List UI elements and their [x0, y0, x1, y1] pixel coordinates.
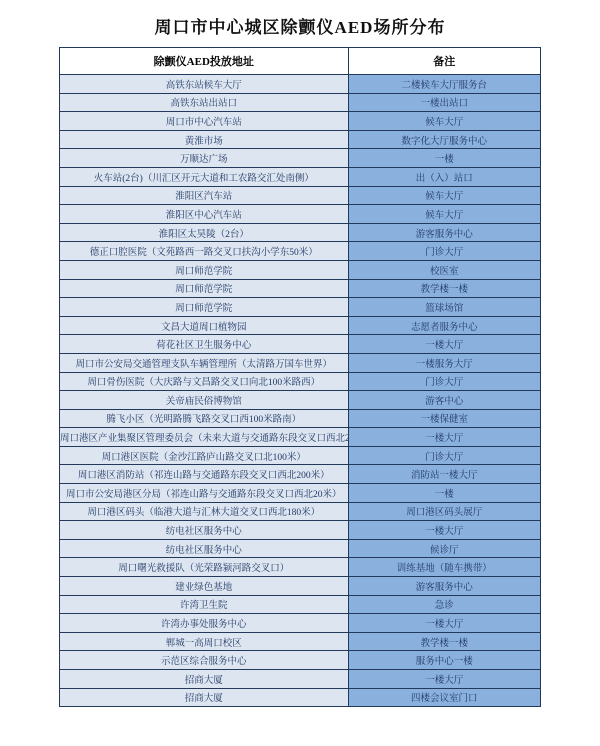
address-cell: 高铁东站候车大厅 — [60, 75, 349, 94]
table-row: 示范区综合服务中心服务中心一楼 — [60, 651, 541, 670]
address-cell: 淮阳区中心汽车站 — [60, 205, 349, 224]
table-row: 周口骨伤医院（大庆路与文昌路交叉口向北100米路西）门诊大厅 — [60, 372, 541, 391]
table-row: 文昌大道周口植物园志愿者服务中心 — [60, 316, 541, 335]
address-cell: 周口骨伤医院（大庆路与文昌路交叉口向北100米路西） — [60, 372, 349, 391]
address-cell: 招商大厦 — [60, 688, 349, 707]
column-header-address: 除颤仪AED投放地址 — [60, 48, 349, 75]
table-row: 淮阳区中心汽车站候车大厅 — [60, 205, 541, 224]
address-cell: 许湾卫生院 — [60, 595, 349, 614]
table-row: 火车站(2台)（川汇区开元大道和工农路交汇处南侧）出（入）站口 — [60, 167, 541, 186]
table-row: 黄淮市场数字化大厅服务中心 — [60, 130, 541, 149]
remark-cell: 服务中心一楼 — [348, 651, 540, 670]
remark-cell: 一楼大厅 — [348, 521, 540, 540]
remark-cell: 校医室 — [348, 260, 540, 279]
table-row: 德正口腔医院（文苑路西一路交叉口扶沟小学东50米）门诊大厅 — [60, 242, 541, 261]
remark-cell: 周口港区码头展厅 — [348, 502, 540, 521]
remark-cell: 教学楼一楼 — [348, 279, 540, 298]
remark-cell: 消防站一楼大厅 — [348, 465, 540, 484]
address-cell: 周口师范学院 — [60, 279, 349, 298]
address-cell: 周口港区产业集聚区管理委员会（未来大道与交通路东段交叉口西北200米） — [60, 428, 349, 447]
table-row: 招商大厦四楼会议室门口 — [60, 688, 541, 707]
table-row: 关帝庙民俗博物馆游客中心 — [60, 391, 541, 410]
address-cell: 火车站(2台)（川汇区开元大道和工农路交汇处南侧） — [60, 167, 349, 186]
remark-cell: 篮球场馆 — [348, 298, 540, 317]
remark-cell: 候诊厅 — [348, 539, 540, 558]
remark-cell: 游客服务中心 — [348, 577, 540, 596]
table-row: 周口市公安局港区分局（祁连山路与交通路东段交叉口西北20米）一楼 — [60, 484, 541, 503]
remark-cell: 候车大厅 — [348, 186, 540, 205]
address-cell: 周口港区消防站（祁连山路与交通路东段交叉口西北200米） — [60, 465, 349, 484]
table-row: 周口师范学院校医室 — [60, 260, 541, 279]
table-row: 周口市中心汽车站候车大厅 — [60, 112, 541, 131]
address-cell: 周口市公安局交通管理支队车辆管理所（太清路万国车世界） — [60, 353, 349, 372]
address-cell: 郸城一高周口校区 — [60, 632, 349, 651]
remark-cell: 一楼大厅 — [348, 670, 540, 689]
remark-cell: 出（入）站口 — [348, 167, 540, 186]
remark-cell: 训练基地（随车携带） — [348, 558, 540, 577]
address-cell: 万顺达广场 — [60, 149, 349, 168]
table-row: 许湾卫生院急诊 — [60, 595, 541, 614]
table-row: 周口师范学院教学楼一楼 — [60, 279, 541, 298]
remark-cell: 候车大厅 — [348, 205, 540, 224]
address-cell: 淮阳区太昊陵（2台） — [60, 223, 349, 242]
remark-cell: 游客服务中心 — [348, 223, 540, 242]
aed-locations-table: 除颤仪AED投放地址 备注 高铁东站候车大厅二楼候车大厅服务台高铁东站出站口一楼… — [59, 47, 541, 707]
table-row: 周口市公安局交通管理支队车辆管理所（太清路万国车世界）一楼服务大厅 — [60, 353, 541, 372]
table-row: 周口曙光救援队（光荣路颍河路交叉口）训练基地（随车携带） — [60, 558, 541, 577]
address-cell: 高铁东站出站口 — [60, 93, 349, 112]
page-title: 周口市中心城区除颤仪AED场所分布 — [0, 13, 600, 38]
remark-cell: 志愿者服务中心 — [348, 316, 540, 335]
remark-cell: 一楼大厅 — [348, 614, 540, 633]
address-cell: 周口港区码头（临港大道与汇林大道交叉口西北180米） — [60, 502, 349, 521]
remark-cell: 四楼会议室门口 — [348, 688, 540, 707]
remark-cell: 一楼 — [348, 484, 540, 503]
address-cell: 许湾办事处服务中心 — [60, 614, 349, 633]
remark-cell: 候车大厅 — [348, 112, 540, 131]
address-cell: 招商大厦 — [60, 670, 349, 689]
address-cell: 周口市中心汽车站 — [60, 112, 349, 131]
remark-cell: 门诊大厅 — [348, 372, 540, 391]
table-row: 淮阳区汽车站候车大厅 — [60, 186, 541, 205]
address-cell: 德正口腔医院（文苑路西一路交叉口扶沟小学东50米） — [60, 242, 349, 261]
address-cell: 周口曙光救援队（光荣路颍河路交叉口） — [60, 558, 349, 577]
remark-cell: 游客中心 — [348, 391, 540, 410]
remark-cell: 数字化大厅服务中心 — [348, 130, 540, 149]
address-cell: 周口港区医院（金沙江路庐山路交叉口北100米） — [60, 446, 349, 465]
table-row: 淮阳区太昊陵（2台）游客服务中心 — [60, 223, 541, 242]
table-row: 高铁东站出站口一楼出站口 — [60, 93, 541, 112]
address-cell: 纺电社区服务中心 — [60, 521, 349, 540]
address-cell: 文昌大道周口植物园 — [60, 316, 349, 335]
table-row: 万顺达广场一楼 — [60, 149, 541, 168]
table-row: 周口师范学院篮球场馆 — [60, 298, 541, 317]
address-cell: 黄淮市场 — [60, 130, 349, 149]
page: 周口市中心城区除颤仪AED场所分布 除颤仪AED投放地址 备注 高铁东站候车大厅… — [0, 0, 600, 746]
address-cell: 示范区综合服务中心 — [60, 651, 349, 670]
table-row: 周口港区码头（临港大道与汇林大道交叉口西北180米）周口港区码头展厅 — [60, 502, 541, 521]
remark-cell: 门诊大厅 — [348, 242, 540, 261]
remark-cell: 二楼候车大厅服务台 — [348, 75, 540, 94]
address-cell: 周口师范学院 — [60, 298, 349, 317]
remark-cell: 一楼服务大厅 — [348, 353, 540, 372]
table-body: 高铁东站候车大厅二楼候车大厅服务台高铁东站出站口一楼出站口周口市中心汽车站候车大… — [60, 75, 541, 707]
remark-cell: 一楼大厅 — [348, 335, 540, 354]
table-row: 纺电社区服务中心候诊厅 — [60, 539, 541, 558]
table-row: 周口港区产业集聚区管理委员会（未来大道与交通路东段交叉口西北200米）一楼大厅 — [60, 428, 541, 447]
table-row: 招商大厦一楼大厅 — [60, 670, 541, 689]
remark-cell: 教学楼一楼 — [348, 632, 540, 651]
remark-cell: 门诊大厅 — [348, 446, 540, 465]
address-cell: 荷花社区卫生服务中心 — [60, 335, 349, 354]
address-cell: 周口师范学院 — [60, 260, 349, 279]
remark-cell: 一楼保健室 — [348, 409, 540, 428]
remark-cell: 急诊 — [348, 595, 540, 614]
header-row: 除颤仪AED投放地址 备注 — [60, 48, 541, 75]
table-row: 荷花社区卫生服务中心一楼大厅 — [60, 335, 541, 354]
remark-cell: 一楼出站口 — [348, 93, 540, 112]
table-header: 除颤仪AED投放地址 备注 — [60, 48, 541, 75]
remark-cell: 一楼 — [348, 149, 540, 168]
table-row: 郸城一高周口校区教学楼一楼 — [60, 632, 541, 651]
column-header-remark: 备注 — [348, 48, 540, 75]
table-row: 高铁东站候车大厅二楼候车大厅服务台 — [60, 75, 541, 94]
address-cell: 周口市公安局港区分局（祁连山路与交通路东段交叉口西北20米） — [60, 484, 349, 503]
table-row: 周口港区医院（金沙江路庐山路交叉口北100米）门诊大厅 — [60, 446, 541, 465]
table-row: 腾飞小区（光明路腾飞路交叉口西100米路南）一楼保健室 — [60, 409, 541, 428]
table-row: 周口港区消防站（祁连山路与交通路东段交叉口西北200米）消防站一楼大厅 — [60, 465, 541, 484]
address-cell: 淮阳区汽车站 — [60, 186, 349, 205]
table-row: 建业绿色基地游客服务中心 — [60, 577, 541, 596]
address-cell: 腾飞小区（光明路腾飞路交叉口西100米路南） — [60, 409, 349, 428]
remark-cell: 一楼大厅 — [348, 428, 540, 447]
address-cell: 关帝庙民俗博物馆 — [60, 391, 349, 410]
table-row: 许湾办事处服务中心一楼大厅 — [60, 614, 541, 633]
address-cell: 建业绿色基地 — [60, 577, 349, 596]
address-cell: 纺电社区服务中心 — [60, 539, 349, 558]
table-row: 纺电社区服务中心一楼大厅 — [60, 521, 541, 540]
